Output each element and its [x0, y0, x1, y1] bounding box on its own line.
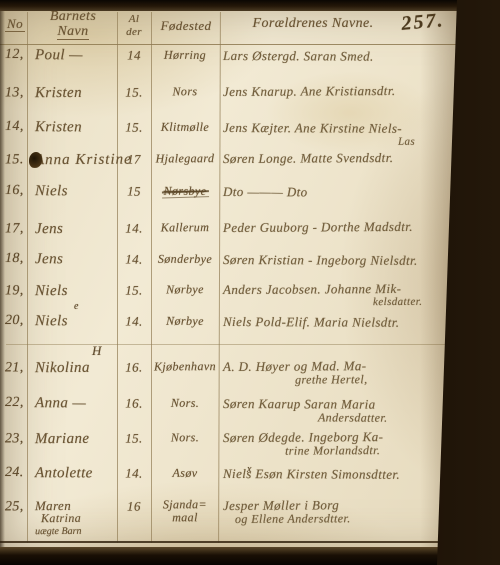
table-row: 15. Anna Kristine 17 Hjalegaard Søren Lo… [0, 150, 456, 170]
column-header-no: No [5, 16, 25, 32]
child-name-line2: Katrina [41, 512, 117, 525]
child-name: Mariane [27, 431, 117, 459]
age: 16 [117, 498, 151, 537]
birthplace: Nors. [151, 430, 219, 457]
table-row: 13, Kristen 15. Nors Jens Knarup. Ane Kr… [0, 83, 456, 103]
table-bottom-rule [0, 541, 460, 543]
column-header-name: Barnets Navn [33, 9, 113, 39]
birthplace: Kjøbenhavn [151, 359, 219, 386]
superscript-mark: x [247, 464, 252, 475]
age: 15. [117, 282, 151, 309]
scan-border-bottom [0, 547, 500, 565]
birthplace: Sjanda= maal [151, 498, 219, 537]
child-name: Maren Katrina uægte Barn [27, 499, 117, 539]
scan-border-top [0, 0, 500, 11]
table-row: 23, Mariane 15. Nors. Søren Ødegde. Inge… [0, 429, 456, 459]
column-header-birthplace: Fødested [153, 18, 219, 34]
birthplace: Nørbye [151, 282, 219, 309]
table-row: 12, Poul — 14 Hørring Lars Østergd. Sara… [0, 47, 456, 66]
table-row: 22, Anna — 16. Nors. Søren Kaarup Saran … [0, 395, 456, 424]
birthplace: Asøv [151, 466, 219, 483]
table-row: 21, Nikolina 16. Kjøbenhavn A. D. Høyer … [0, 358, 456, 388]
table-row: 19, Niels 15. Nørbye Anders Jacobsen. Jo… [0, 281, 456, 311]
birthplace-struck-out: Nørsbye [151, 184, 219, 201]
age: 16. [117, 396, 151, 423]
birthplace: Hørring [151, 48, 219, 65]
table-row: 17, Jens 14. Kallerum Peder Guuborg - Do… [0, 219, 456, 239]
age: 15 [117, 184, 151, 201]
birthplace: Nors. [151, 396, 219, 423]
age: 17 [117, 151, 151, 168]
birthplace: Hjalegaard [151, 151, 219, 168]
table-row: 25, Maren Katrina uægte Barn 16 Sjanda= … [0, 497, 456, 539]
child-name: Anna — [27, 395, 117, 422]
superscript-mark: H [92, 343, 102, 359]
child-name: Nikolina [27, 360, 117, 388]
table-row: 24. Antolette 14. Asøv Niels Esøn Kirste… [0, 465, 456, 484]
scan-border-left [0, 0, 5, 565]
birthplace: Kallerum [151, 220, 219, 237]
age: 14. [117, 314, 151, 331]
superscript-mark: e [74, 301, 79, 312]
age: 16. [117, 359, 151, 386]
birthplace-line2: maal [151, 511, 219, 524]
age: 15. [117, 430, 151, 457]
register-page-scan: No Barnets Navn Al der Fødested Forældre… [0, 0, 500, 565]
child-name: Kristen [27, 85, 117, 103]
birthplace: Nørbye [151, 314, 219, 331]
child-name: Antolette [27, 465, 117, 482]
table-row: 18, Jens 14. Sønderbye Søren Kristian - … [0, 251, 456, 270]
table-row: 14, Kristen 15. Klitmølle Jens Kæjter. A… [0, 119, 456, 148]
child-name: Niels [27, 313, 117, 330]
child-name: Poul — [27, 47, 117, 64]
birthplace: Sønderbye [151, 252, 219, 269]
child-name: Jens [27, 251, 117, 268]
column-header-parents: Forældrenes Navne. [228, 16, 398, 32]
age: 15. [117, 84, 151, 101]
age: 14 [117, 48, 151, 65]
age: 14. [117, 252, 151, 269]
table-row: 20, Niels 14. Nørbye Niels Pold-Elif. Ma… [0, 313, 456, 332]
age: 14. [117, 466, 151, 483]
column-header-age: Al der [119, 13, 149, 39]
age: 15. [117, 120, 151, 147]
age: 14. [117, 220, 151, 237]
table-row: 16, Niels 15 Nørsbye Dto ——— Dto [0, 183, 456, 202]
child-name: Niels [27, 183, 117, 200]
child-name-note: uægte Barn [35, 525, 117, 539]
child-name: Niels [27, 283, 117, 311]
child-name: Kristen [27, 119, 117, 146]
birthplace: Nors [151, 84, 219, 101]
row-divider [6, 344, 456, 345]
birthplace: Klitmølle [151, 120, 219, 147]
child-name: Jens [27, 221, 117, 239]
header-divider [0, 44, 457, 45]
ink-blot [29, 152, 42, 168]
